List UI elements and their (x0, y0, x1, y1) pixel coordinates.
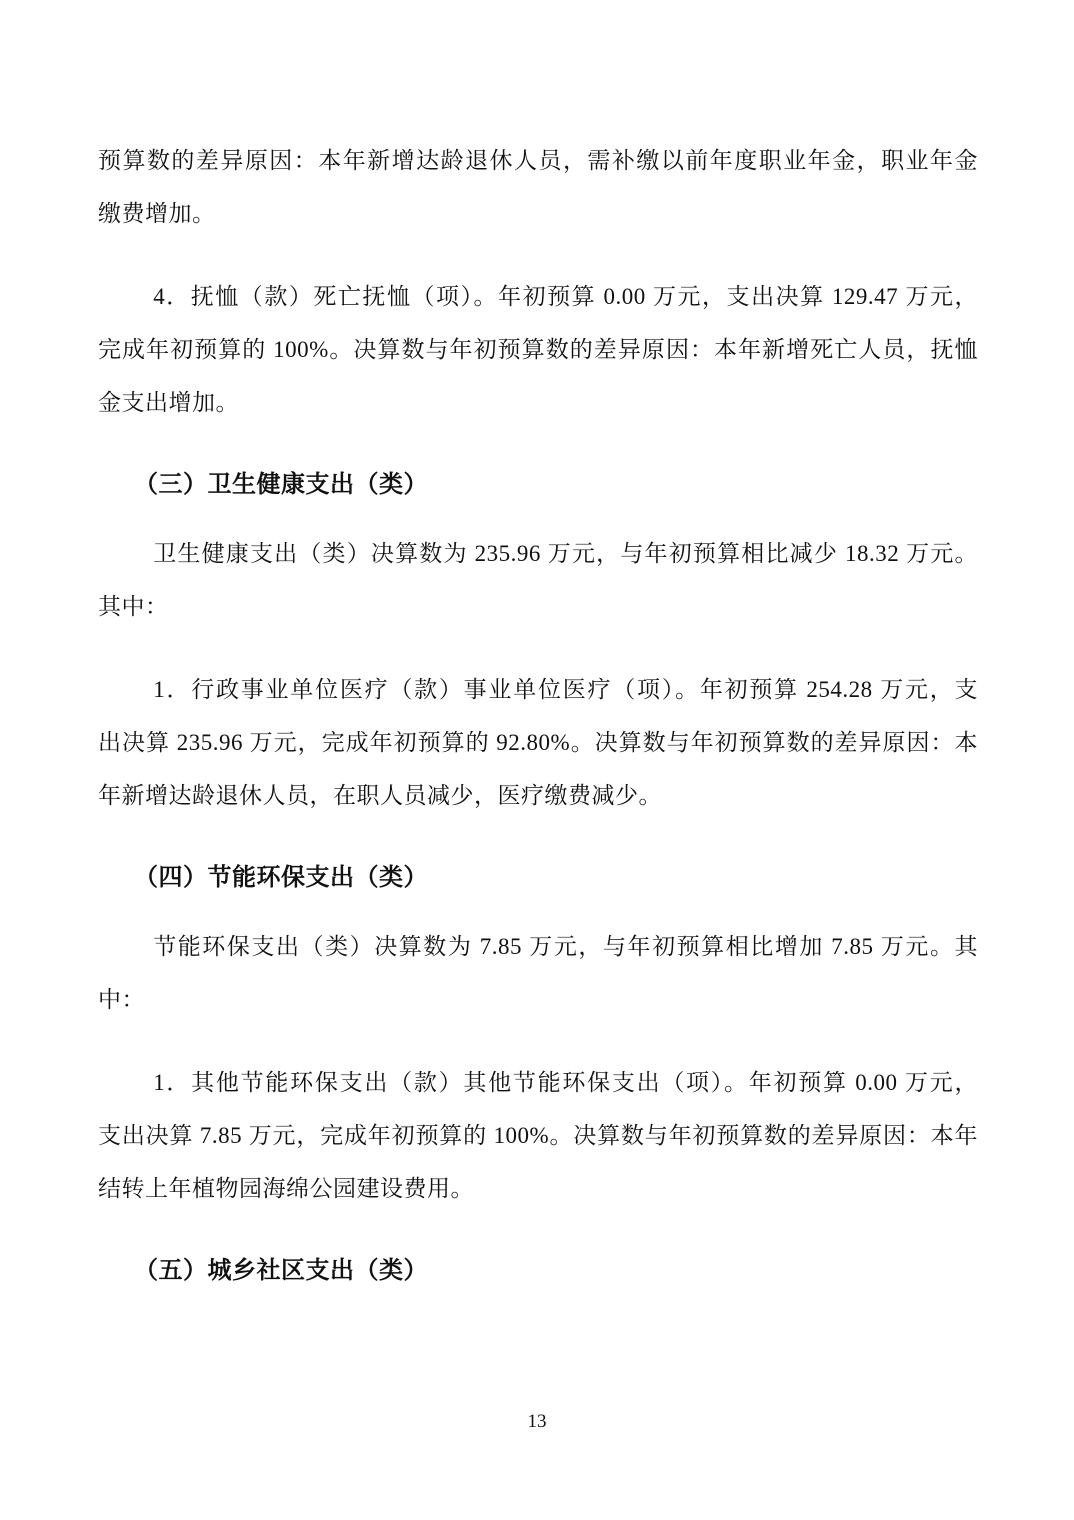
text-line: 其中： (98, 580, 978, 633)
section-heading: （五）城乡社区支出（类） (98, 1245, 978, 1298)
heading-text: （五）城乡社区支出（类） (98, 1245, 978, 1298)
paragraph: 节能环保支出（类）决算数为 7.85 万元，与年初预算相比增加 7.85 万元。… (98, 920, 978, 1026)
text-line: 金支出增加。 (98, 376, 978, 429)
document-body: 预算数的差异原因：本年新增达龄退休人员，需补缴以前年度职业年金，职业年金 缴费增… (98, 134, 978, 1298)
paragraph: 1．行政事业单位医疗（款）事业单位医疗（项）。年初预算 254.28 万元，支 … (98, 663, 978, 822)
text-line: 预算数的差异原因：本年新增达龄退休人员，需补缴以前年度职业年金，职业年金 (98, 134, 978, 187)
text-line: 节能环保支出（类）决算数为 7.85 万元，与年初预算相比增加 7.85 万元。… (98, 920, 978, 973)
heading-text: （四）节能环保支出（类） (98, 852, 978, 905)
text-line: 1．其他节能环保支出（款）其他节能环保支出（项）。年初预算 0.00 万元， (98, 1056, 978, 1109)
text-line: 1．行政事业单位医疗（款）事业单位医疗（项）。年初预算 254.28 万元，支 (98, 663, 978, 716)
section-heading: （三）卫生健康支出（类） (98, 459, 978, 512)
text-line: 完成年初预算的 100%。决算数与年初预算数的差异原因：本年新增死亡人员，抚恤 (98, 323, 978, 376)
document-page: 预算数的差异原因：本年新增达龄退休人员，需补缴以前年度职业年金，职业年金 缴费增… (0, 0, 1074, 1520)
text-line: 结转上年植物园海绵公园建设费用。 (98, 1162, 978, 1215)
text-line: 卫生健康支出（类）决算数为 235.96 万元，与年初预算相比减少 18.32 … (98, 527, 978, 580)
paragraph: 4．抚恤（款）死亡抚恤（项）。年初预算 0.00 万元，支出决算 129.47 … (98, 270, 978, 429)
paragraph: 1．其他节能环保支出（款）其他节能环保支出（项）。年初预算 0.00 万元， 支… (98, 1056, 978, 1215)
page-number: 13 (0, 1408, 1074, 1436)
text-line: 出决算 235.96 万元，完成年初预算的 92.80%。决算数与年初预算数的差… (98, 716, 978, 769)
section-heading: （四）节能环保支出（类） (98, 852, 978, 905)
paragraph: 卫生健康支出（类）决算数为 235.96 万元，与年初预算相比减少 18.32 … (98, 527, 978, 633)
text-line: 年新增达龄退休人员，在职人员减少，医疗缴费减少。 (98, 769, 978, 822)
paragraph: 预算数的差异原因：本年新增达龄退休人员，需补缴以前年度职业年金，职业年金 缴费增… (98, 134, 978, 240)
text-line: 中： (98, 973, 978, 1026)
text-line: 支出决算 7.85 万元，完成年初预算的 100%。决算数与年初预算数的差异原因… (98, 1109, 978, 1162)
heading-text: （三）卫生健康支出（类） (98, 459, 978, 512)
text-line: 缴费增加。 (98, 187, 978, 240)
text-line: 4．抚恤（款）死亡抚恤（项）。年初预算 0.00 万元，支出决算 129.47 … (98, 270, 978, 323)
